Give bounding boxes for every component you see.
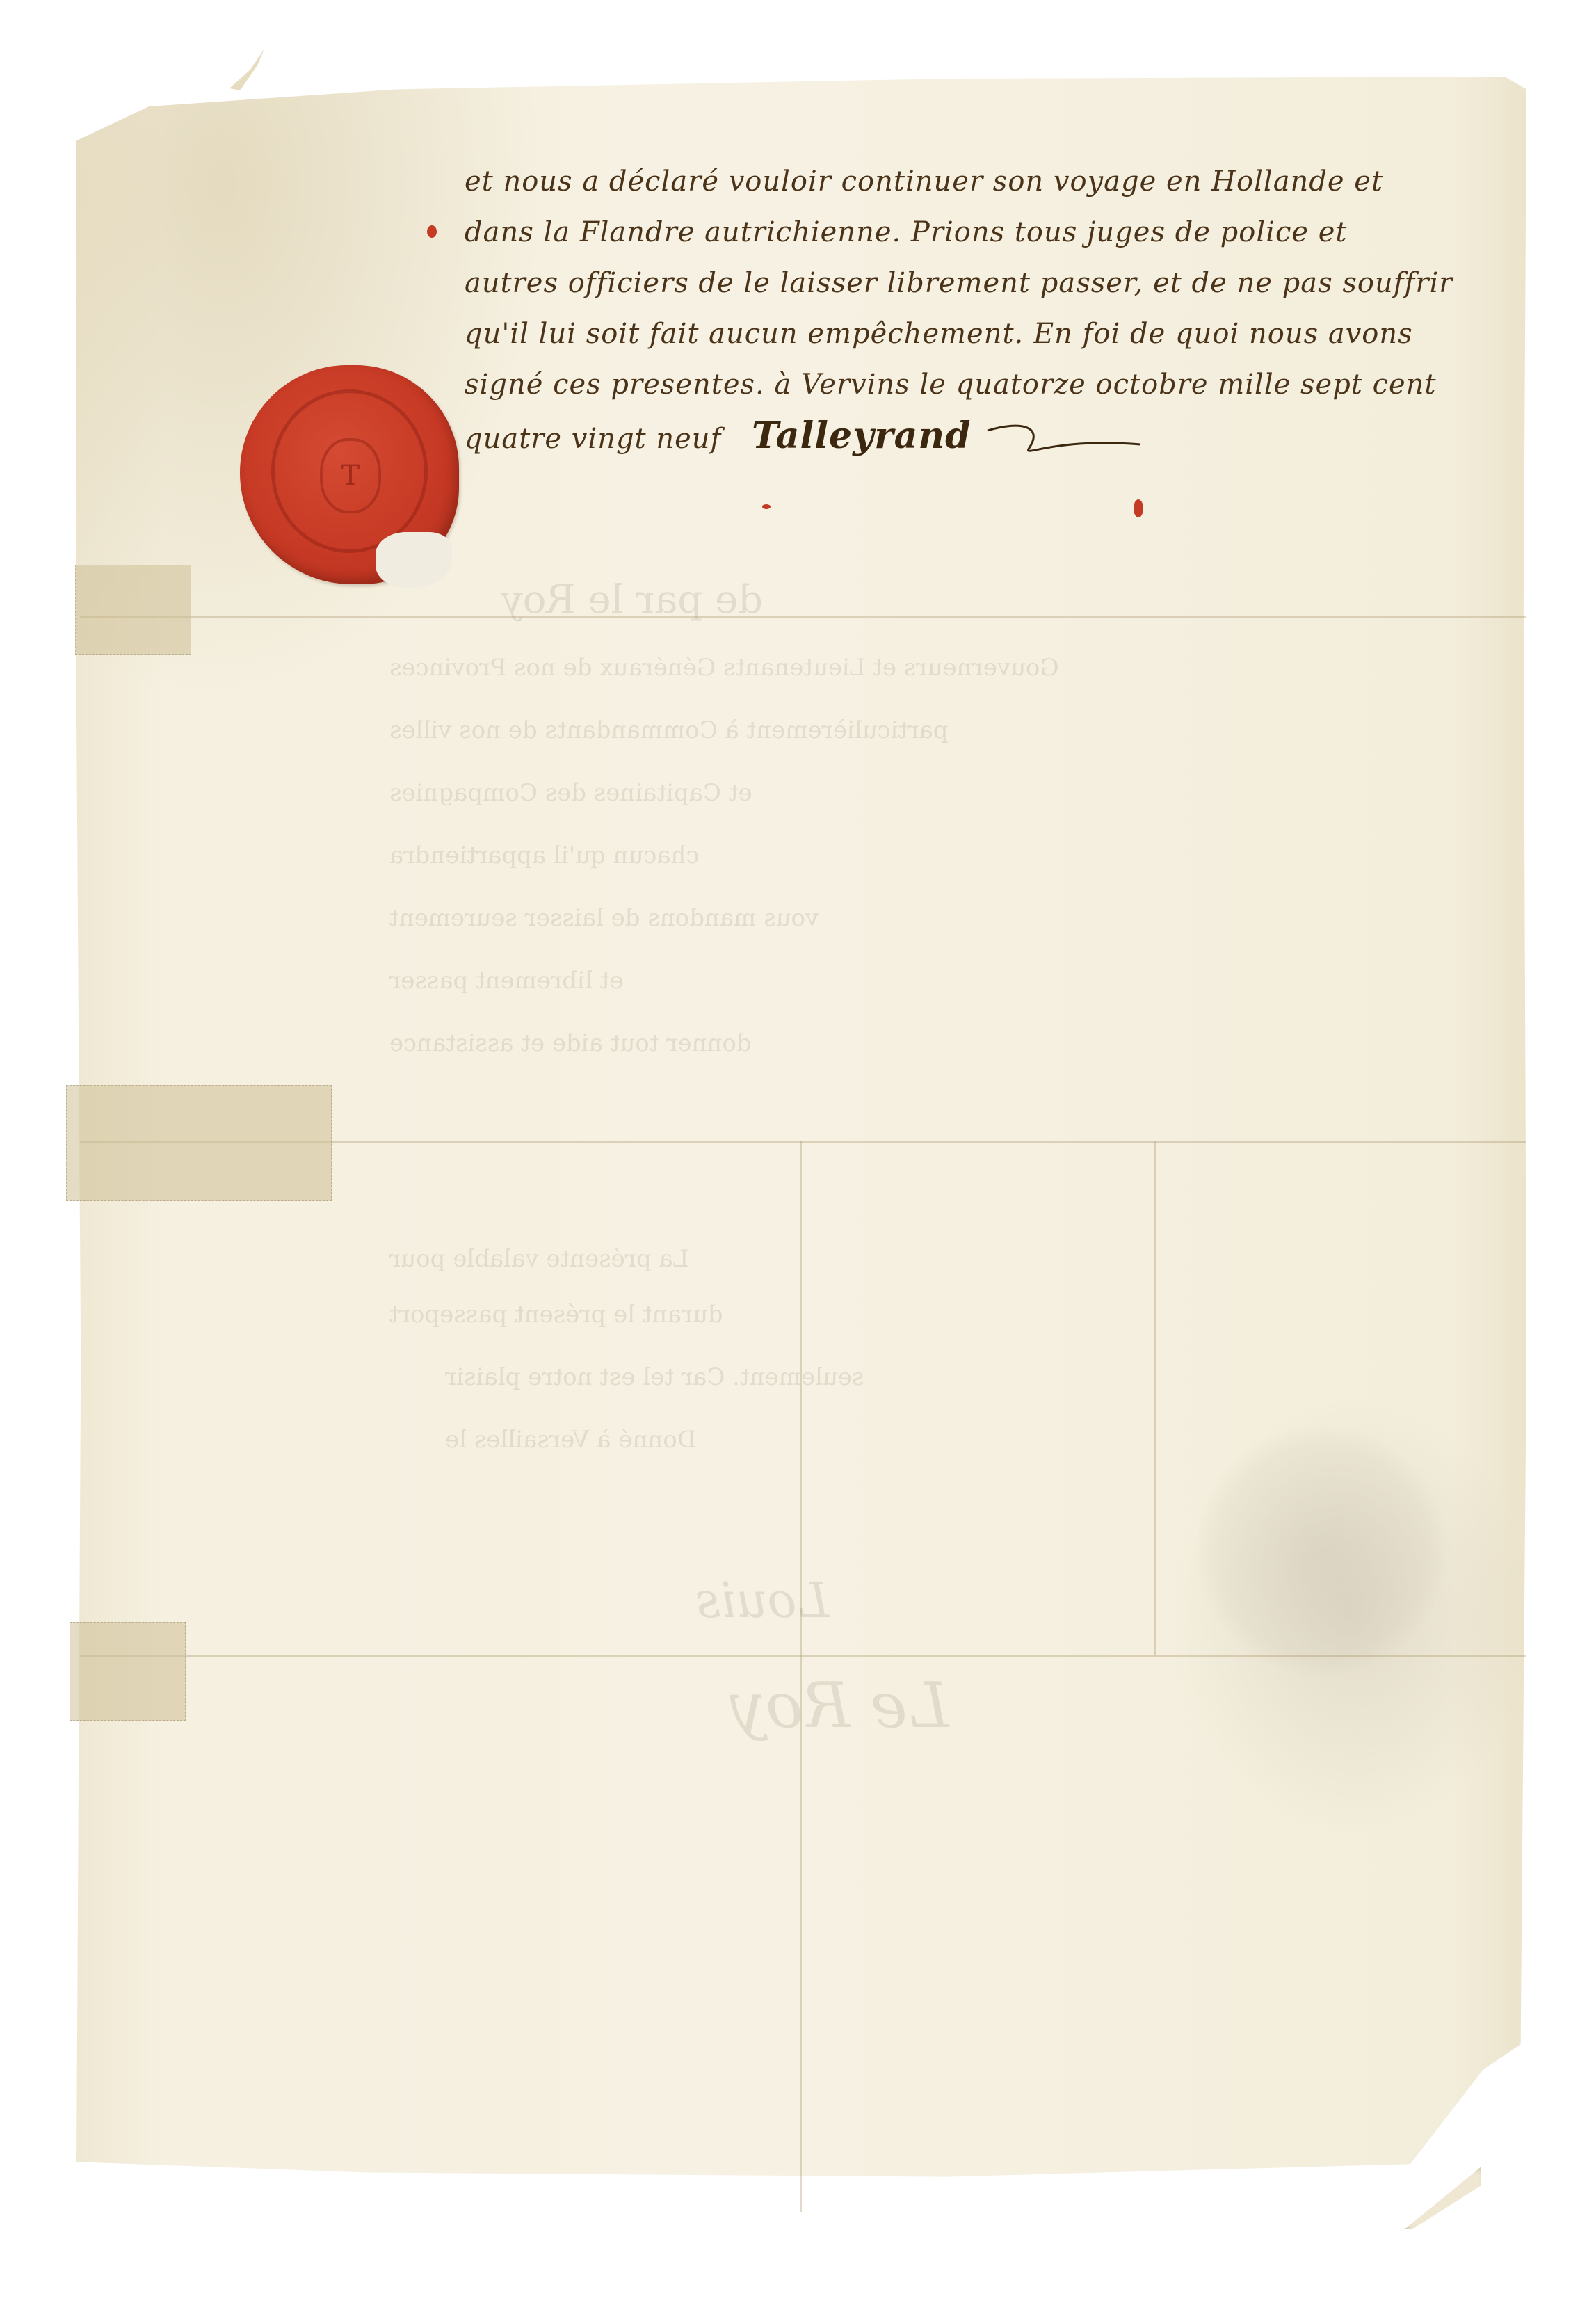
handwritten-text-block: et nous a déclaré vouloir continuer son … — [465, 156, 1473, 461]
bleed-through-line: durant le présent passeport — [389, 1301, 723, 1328]
bleed-through-line: particulièrement à Commandants de nos vi… — [389, 716, 949, 744]
tape-strip-middle — [66, 1085, 332, 1201]
wax-dot — [1134, 499, 1143, 517]
wax-dot — [762, 504, 771, 509]
bleed-through-le-roy: Le Roy — [730, 1669, 949, 1742]
handwritten-line-final: quatre vingt neuf Talleyrand — [465, 410, 1473, 461]
handwritten-line-text: quatre vingt neuf — [465, 423, 721, 455]
bleed-through-heading: de par le Roy — [501, 577, 763, 623]
torn-corner-flap — [229, 49, 264, 90]
fold-line-vertical-right — [1154, 1141, 1156, 1655]
bleed-through-line: et Capitaines des Compagnies — [389, 779, 752, 807]
curled-corner — [1405, 2167, 1481, 2229]
bleed-through-line: Donné à Versailles le — [445, 1426, 696, 1454]
bleed-through-line: chacun qu'il appartiendra — [389, 842, 700, 869]
handwritten-line: et nous a déclaré vouloir continuer son … — [465, 156, 1473, 207]
bleed-through-line: et librement passer — [389, 967, 624, 995]
handwritten-line: autres officiers de le laisser librement… — [465, 258, 1473, 309]
red-wax-seal: T — [240, 365, 459, 584]
bleed-through-line: La présente valable pour — [389, 1245, 688, 1273]
seal-monogram-shield: T — [320, 438, 381, 513]
bleed-through-seal-stain — [1196, 1426, 1446, 1676]
bleed-through-line: seulement. Car tel est notre plaisir — [445, 1363, 864, 1391]
signature-paraph-icon — [981, 420, 1147, 462]
handwritten-line: qu'il lui soit fait aucun empêchement. E… — [465, 309, 1473, 360]
wax-dot — [427, 225, 437, 238]
handwritten-line: signé ces presentes. à Vervins le quator… — [465, 360, 1473, 410]
fold-line-upper — [80, 616, 1526, 618]
seal-broken-chip — [376, 532, 452, 588]
bleed-through-line: vous mandons de laisser seurement — [389, 904, 819, 932]
bleed-through-line: Gouverneurs et Lieutenants Généraux de n… — [389, 654, 1059, 682]
bleed-through-line: donner tout aide et assistance — [389, 1029, 752, 1057]
signature-talleyrand: Talleyrand — [752, 410, 971, 461]
tape-strip-upper — [75, 565, 191, 655]
handwritten-line: dans la Flandre autrichienne. Prions tou… — [465, 207, 1473, 258]
bleed-through-royal-signature: Louis — [695, 1572, 829, 1629]
tape-strip-lower — [70, 1622, 186, 1721]
